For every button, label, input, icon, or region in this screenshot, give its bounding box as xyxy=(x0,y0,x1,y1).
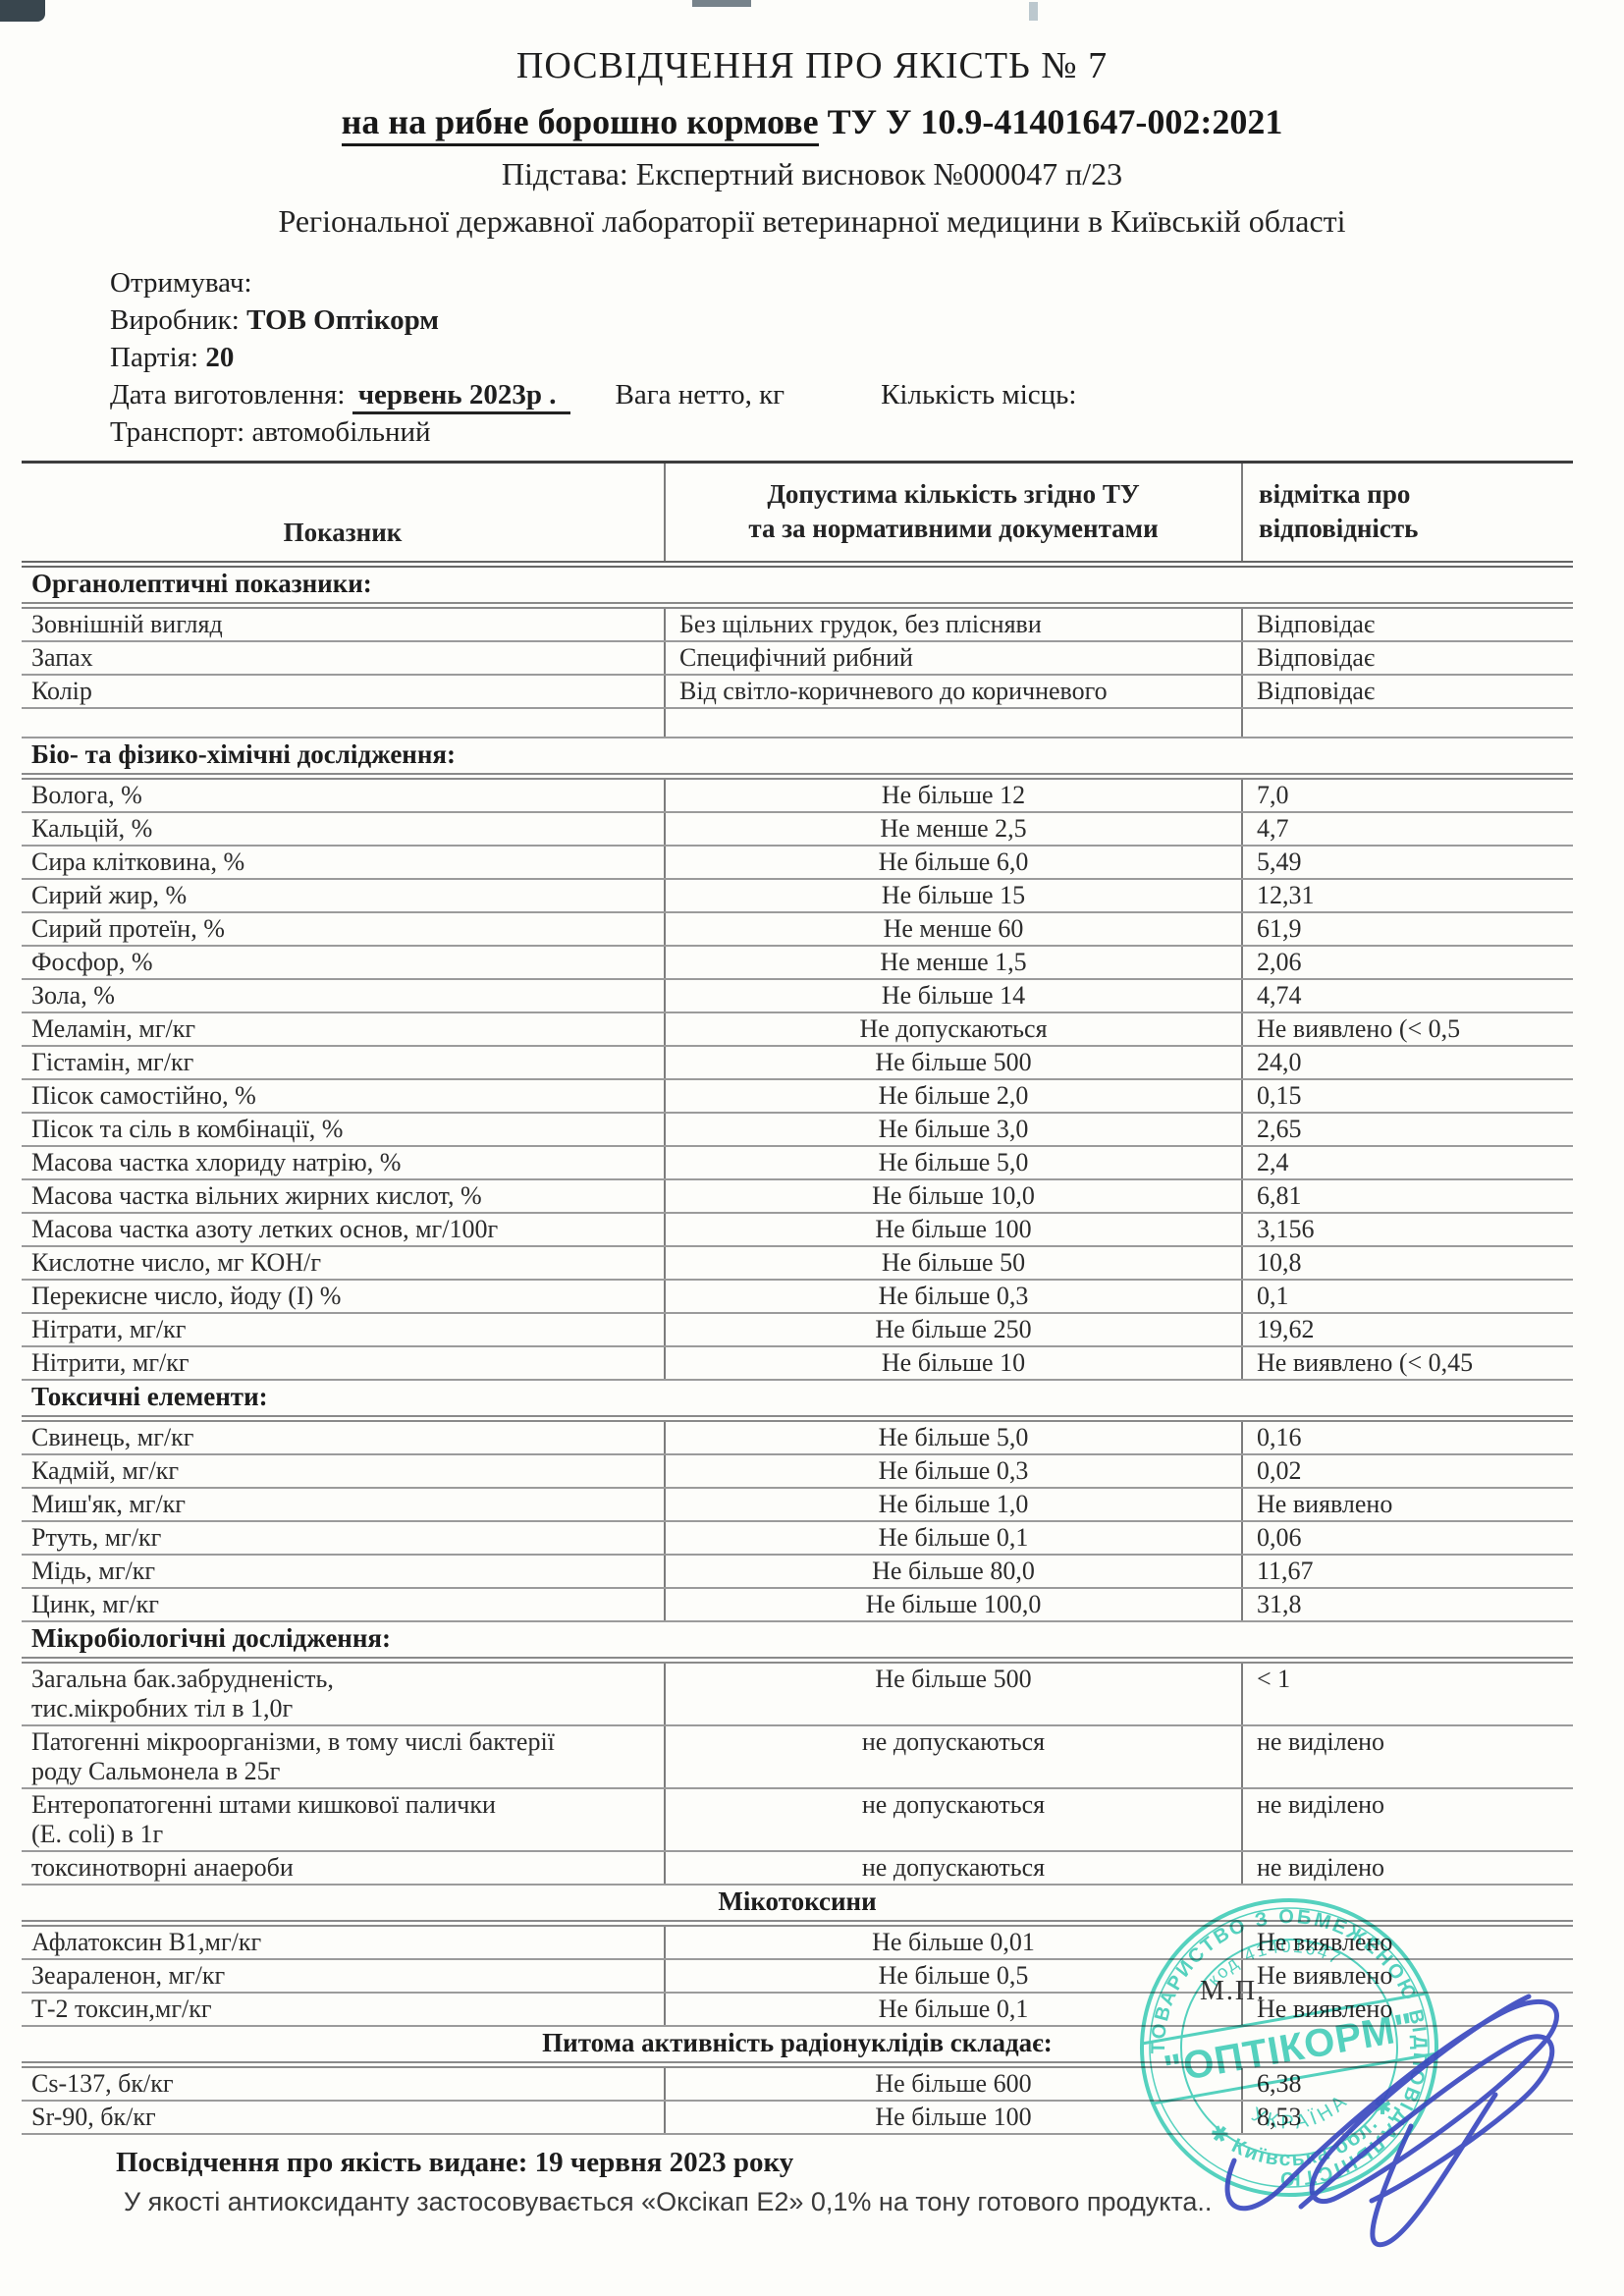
scan-artifact-strip xyxy=(0,0,1624,13)
cell-allowed: Не більше 500 xyxy=(665,1660,1242,1725)
cell-allowed: Не менше 60 xyxy=(665,912,1242,946)
production-date-value: червень 2023р . xyxy=(352,379,570,414)
cell-mark: 0,15 xyxy=(1242,1079,1573,1113)
cell-allowed: Не більше 3,0 xyxy=(665,1113,1242,1146)
cell-mark: 4,74 xyxy=(1242,979,1573,1012)
transport-value: автомобільний xyxy=(252,416,431,448)
cell-mark: 2,4 xyxy=(1242,1146,1573,1179)
cell-allowed: не допускаються xyxy=(665,1725,1242,1788)
cell-indicator: Ртуть, мг/кг xyxy=(22,1521,665,1555)
cell-mark: 2,06 xyxy=(1242,946,1573,979)
table-row: Масова частка хлориду натрію, %Не більше… xyxy=(22,1146,1573,1179)
standard-number: ТУ У 10.9-41401647-002:2021 xyxy=(819,102,1283,141)
table-header-mark: відмітка про відповідність xyxy=(1242,462,1573,564)
table-row: Сира клітковина, %Не більше 6,05,49 xyxy=(22,846,1573,879)
cell-allowed: Не більше 12 xyxy=(665,776,1242,812)
table-row: КолірВід світло-коричневого до коричнево… xyxy=(22,675,1573,708)
table-row: Масова частка азоту летких основ, мг/100… xyxy=(22,1213,1573,1246)
cell-indicator: Меламін, мг/кг xyxy=(22,1012,665,1046)
cell-indicator: Свинець, мг/кг xyxy=(22,1418,665,1454)
table-row: Кислотне число, мг КОН/гНе більше 5010,8 xyxy=(22,1246,1573,1280)
cell-allowed: Не більше 0,1 xyxy=(665,1521,1242,1555)
producer-value: ТОВ Оптікорм xyxy=(246,304,439,336)
scan-artifact-corner xyxy=(0,0,45,22)
table-row: Пісок та сіль в комбінації, %Не більше 3… xyxy=(22,1113,1573,1146)
batch-value: 20 xyxy=(205,342,234,373)
table-header-indicator: Показник xyxy=(22,462,665,564)
cell-indicator: Сира клітковина, % xyxy=(22,846,665,879)
table-row: Меламін, мг/кгНе допускаютьсяНе виявлено… xyxy=(22,1012,1573,1046)
table-row: Нітрати, мг/кгНе більше 25019,62 xyxy=(22,1313,1573,1346)
table-row: Нітрити, мг/кгНе більше 10Не виявлено (<… xyxy=(22,1346,1573,1380)
cell-mark: 3,156 xyxy=(1242,1213,1573,1246)
cell-allowed: Не більше 500 xyxy=(665,1046,1242,1079)
section-title: Біо- та фізико-хімічні дослідження: xyxy=(22,738,1573,777)
info-block: Отримувач: Виробник: ТОВ Оптікорм Партія… xyxy=(110,264,1624,451)
cell-indicator: Колір xyxy=(22,675,665,708)
cell-mark: 0,16 xyxy=(1242,1418,1573,1454)
cell-allowed: Не більше 80,0 xyxy=(665,1555,1242,1588)
cell-indicator: Нітрати, мг/кг xyxy=(22,1313,665,1346)
producer-label: Виробник: xyxy=(110,304,240,336)
cell-mark: 61,9 xyxy=(1242,912,1573,946)
cell-allowed: Не менше 2,5 xyxy=(665,812,1242,846)
cell-mark: 31,8 xyxy=(1242,1588,1573,1621)
cell-mark: Відповідає xyxy=(1242,675,1573,708)
table-row: Зовнішній виглядБез щільних грудок, без … xyxy=(22,605,1573,641)
table-row: токсинотворні анаеробине допускаютьсяне … xyxy=(22,1851,1573,1885)
cell-mark: Не виявлено (< 0,5 xyxy=(1242,1012,1573,1046)
cell-indicator: Афлатоксин В1,мг/кг xyxy=(22,1923,665,1959)
cell-mark: 11,67 xyxy=(1242,1555,1573,1588)
table-row xyxy=(22,708,1573,738)
cell-indicator: Ентеропатогенні штами кишкової палички (… xyxy=(22,1788,665,1851)
cell-indicator: Цинк, мг/кг xyxy=(22,1588,665,1621)
cell-allowed: Не більше 50 xyxy=(665,1246,1242,1280)
cell-indicator: Запах xyxy=(22,641,665,675)
cell-allowed: Не більше 10,0 xyxy=(665,1179,1242,1213)
cell-allowed: Без щільних грудок, без плісняви xyxy=(665,605,1242,641)
table-row: Зола, %Не більше 144,74 xyxy=(22,979,1573,1012)
cell-indicator: Гістамін, мг/кг xyxy=(22,1046,665,1079)
table-row: Ентеропатогенні штами кишкової палички (… xyxy=(22,1788,1573,1851)
table-row: Токсичні елементи: xyxy=(22,1380,1573,1419)
cell-allowed: Не більше 0,3 xyxy=(665,1280,1242,1313)
cell-mark xyxy=(1242,708,1573,738)
cell-allowed: Не менше 1,5 xyxy=(665,946,1242,979)
scan-artifact-tick xyxy=(692,0,751,7)
cell-mark: 0,1 xyxy=(1242,1280,1573,1313)
cell-allowed: Не більше 15 xyxy=(665,879,1242,912)
cell-indicator: Зовнішній вигляд xyxy=(22,605,665,641)
net-weight-label: Вага нетто, кг xyxy=(616,379,785,410)
table-row: Сирий протеїн, %Не менше 6061,9 xyxy=(22,912,1573,946)
cell-mark: Відповідає xyxy=(1242,641,1573,675)
table-row: Загальна бак.забрудненість, тис.мікробни… xyxy=(22,1660,1573,1725)
table-row: ЗапахСпецифічний рибнийВідповідає xyxy=(22,641,1573,675)
cell-indicator: Кислотне число, мг КОН/г xyxy=(22,1246,665,1280)
cell-mark: 5,49 xyxy=(1242,846,1573,879)
cell-allowed: Не більше 2,0 xyxy=(665,1079,1242,1113)
cell-indicator: Т-2 токсин,мг/кг xyxy=(22,1993,665,2026)
table-row: Пісок самостійно, %Не більше 2,00,15 xyxy=(22,1079,1573,1113)
table-row: Сирий жир, %Не більше 1512,31 xyxy=(22,879,1573,912)
table-row: Ртуть, мг/кгНе більше 0,10,06 xyxy=(22,1521,1573,1555)
producer-line: Виробник: ТОВ Оптікорм xyxy=(110,301,1624,339)
cell-indicator: Фосфор, % xyxy=(22,946,665,979)
cell-mark: 0,06 xyxy=(1242,1521,1573,1555)
cell-allowed: Не більше 14 xyxy=(665,979,1242,1012)
cell-indicator: Мідь, мг/кг xyxy=(22,1555,665,1588)
recipient-label: Отримувач: xyxy=(110,267,252,299)
cell-indicator: Патогенні мікроорганізми, в тому числі б… xyxy=(22,1725,665,1788)
cell-allowed xyxy=(665,708,1242,738)
cell-mark: не виділено xyxy=(1242,1851,1573,1885)
document-page: ПОСВІДЧЕННЯ ПРО ЯКІСТЬ № 7 на на рибне б… xyxy=(0,0,1624,2296)
cell-indicator: Пісок та сіль в комбінації, % xyxy=(22,1113,665,1146)
cell-mark: Відповідає xyxy=(1242,605,1573,641)
cell-mark: < 1 xyxy=(1242,1660,1573,1725)
cell-indicator: Зеараленон, мг/кг xyxy=(22,1959,665,1993)
cell-allowed: Не більше 5,0 xyxy=(665,1146,1242,1179)
cell-indicator: Нітрити, мг/кг xyxy=(22,1346,665,1380)
cell-indicator: Кадмій, мг/кг xyxy=(22,1454,665,1488)
product-name: на на рибне борошно кормове xyxy=(342,102,819,146)
recipient-line: Отримувач: xyxy=(110,264,1624,301)
cell-mark: 6,81 xyxy=(1242,1179,1573,1213)
page-title: ПОСВІДЧЕННЯ ПРО ЯКІСТЬ № 7 xyxy=(39,43,1585,90)
signature xyxy=(1183,1949,1605,2273)
scan-artifact-tick xyxy=(1029,2,1038,21)
cell-indicator: Сирий протеїн, % xyxy=(22,912,665,946)
cell-allowed: Не більше 100 xyxy=(665,1213,1242,1246)
cell-indicator: Кальцій, % xyxy=(22,812,665,846)
cell-allowed: Не більше 6,0 xyxy=(665,846,1242,879)
cell-indicator xyxy=(22,708,665,738)
cell-allowed: Не більше 5,0 xyxy=(665,1418,1242,1454)
document-header: ПОСВІДЧЕННЯ ПРО ЯКІСТЬ № 7 на на рибне б… xyxy=(39,43,1585,241)
cell-allowed: Не більше 0,3 xyxy=(665,1454,1242,1488)
places-count-label: Кількість місць: xyxy=(881,379,1076,410)
cell-allowed: не допускаються xyxy=(665,1851,1242,1885)
table-row: Органолептичні показники: xyxy=(22,564,1573,605)
cell-mark: 7,0 xyxy=(1242,776,1573,812)
cell-indicator: Зола, % xyxy=(22,979,665,1012)
table-row: Свинець, мг/кгНе більше 5,00,16 xyxy=(22,1418,1573,1454)
table-header-allowed: Допустима кількість згідно ТУ та за норм… xyxy=(665,462,1242,564)
batch-line: Партія: 20 xyxy=(110,339,1624,376)
cell-mark: 0,02 xyxy=(1242,1454,1573,1488)
batch-label: Партія: xyxy=(110,342,198,373)
cell-mark: 24,0 xyxy=(1242,1046,1573,1079)
cell-allowed: Не більше 250 xyxy=(665,1313,1242,1346)
cell-allowed: Не більше 100,0 xyxy=(665,1588,1242,1621)
cell-mark: 12,31 xyxy=(1242,879,1573,912)
cell-indicator: Sr-90, бк/кг xyxy=(22,2101,665,2134)
cell-indicator: Масова частка азоту летких основ, мг/100… xyxy=(22,1213,665,1246)
section-title: Органолептичні показники: xyxy=(22,564,1573,605)
results-table: Показник Допустима кількість згідно ТУ т… xyxy=(22,461,1573,2135)
table-row: Миш'як, мг/кгНе більше 1,0Не виявлено xyxy=(22,1488,1573,1521)
cell-allowed: не допускаються xyxy=(665,1788,1242,1851)
cell-mark: 2,65 xyxy=(1242,1113,1573,1146)
table-row: Кальцій, %Не менше 2,54,7 xyxy=(22,812,1573,846)
laboratory-line: Регіональної державної лабораторії ветер… xyxy=(39,201,1585,241)
section-title: Токсичні елементи: xyxy=(22,1380,1573,1419)
transport-line: Транспорт: автомобільний xyxy=(110,413,1624,451)
cell-indicator: Перекисне число, йоду (І) % xyxy=(22,1280,665,1313)
table-row: Перекисне число, йоду (І) %Не більше 0,3… xyxy=(22,1280,1573,1313)
cell-mark: не виділено xyxy=(1242,1725,1573,1788)
table-row: Волога, %Не більше 127,0 xyxy=(22,776,1573,812)
document-subtitle: на на рибне борошно кормове ТУ У 10.9-41… xyxy=(39,100,1585,144)
cell-allowed: Специфічний рибний xyxy=(665,641,1242,675)
cell-mark: 4,7 xyxy=(1242,812,1573,846)
cell-mark: не виділено xyxy=(1242,1788,1573,1851)
section-title: Мікробіологічні дослідження: xyxy=(22,1621,1573,1661)
table-row: Біо- та фізико-хімічні дослідження: xyxy=(22,738,1573,777)
cell-indicator: Сирий жир, % xyxy=(22,879,665,912)
cell-mark: Не виявлено xyxy=(1242,1488,1573,1521)
cell-indicator: Масова частка вільних жирних кислот, % xyxy=(22,1179,665,1213)
production-date-line: Дата виготовлення: червень 2023р .Вага н… xyxy=(110,376,1624,413)
cell-indicator: Пісок самостійно, % xyxy=(22,1079,665,1113)
cell-allowed: Не допускаються xyxy=(665,1012,1242,1046)
table-row: Масова частка вільних жирних кислот, %Не… xyxy=(22,1179,1573,1213)
cell-mark: 19,62 xyxy=(1242,1313,1573,1346)
table-row: Мікробіологічні дослідження: xyxy=(22,1621,1573,1661)
transport-label: Транспорт: xyxy=(110,416,244,448)
table-row: Кадмій, мг/кгНе більше 0,30,02 xyxy=(22,1454,1573,1488)
production-date-label: Дата виготовлення: xyxy=(110,379,345,410)
cell-allowed: Від світло-коричневого до коричневого xyxy=(665,675,1242,708)
cell-mark: Не виявлено (< 0,45 xyxy=(1242,1346,1573,1380)
cell-indicator: Cs-137, бк/кг xyxy=(22,2064,665,2101)
cell-mark: 10,8 xyxy=(1242,1246,1573,1280)
cell-allowed: Не більше 10 xyxy=(665,1346,1242,1380)
table-row: Мідь, мг/кгНе більше 80,011,67 xyxy=(22,1555,1573,1588)
table-row: Цинк, мг/кгНе більше 100,031,8 xyxy=(22,1588,1573,1621)
cell-indicator: Волога, % xyxy=(22,776,665,812)
cell-indicator: токсинотворні анаероби xyxy=(22,1851,665,1885)
table-row: Гістамін, мг/кгНе більше 50024,0 xyxy=(22,1046,1573,1079)
cell-indicator: Загальна бак.забрудненість, тис.мікробни… xyxy=(22,1660,665,1725)
table-row: Фосфор, %Не менше 1,52,06 xyxy=(22,946,1573,979)
basis-line: Підстава: Експертний висновок №000047 п/… xyxy=(39,154,1585,193)
table-row: Патогенні мікроорганізми, в тому числі б… xyxy=(22,1725,1573,1788)
cell-allowed: Не більше 1,0 xyxy=(665,1488,1242,1521)
cell-indicator: Масова частка хлориду натрію, % xyxy=(22,1146,665,1179)
table-header-row: Показник Допустима кількість згідно ТУ т… xyxy=(22,462,1573,564)
cell-indicator: Миш'як, мг/кг xyxy=(22,1488,665,1521)
